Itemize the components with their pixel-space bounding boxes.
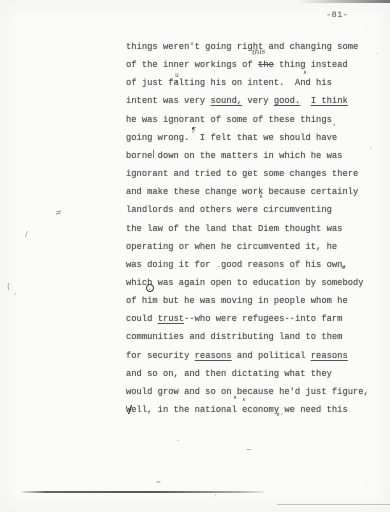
- caret-after-economy: ∧: [276, 413, 280, 419]
- typed-text: ell, in the national economy we need thi…: [131, 405, 347, 415]
- typed-text-u: good.: [274, 96, 300, 106]
- stray-squiggle: ~: [246, 447, 252, 454]
- typed-line: would grow and so on because he'd just f…: [126, 387, 369, 397]
- stray-equals-bottom: =: [156, 480, 161, 486]
- typed-text-block: things weren't going right and changing …: [0, 0, 390, 512]
- caret-after-own: ∧: [341, 266, 345, 272]
- typed-text: of the inner workings of: [126, 60, 258, 70]
- typed-text-u: sound,: [210, 96, 242, 106]
- typed-text: things weren't going right and changing …: [126, 42, 358, 52]
- typed-text: [300, 96, 311, 106]
- typed-text: intent was very: [126, 96, 210, 106]
- typed-text: communities and distributing land to the…: [126, 332, 342, 342]
- margin-paren-dot: ,: [14, 289, 16, 296]
- inserted-word-this: this: [252, 48, 266, 56]
- typed-line: he was ignorant of some of these things: [126, 115, 332, 125]
- comma-after-economy: ,: [281, 410, 283, 416]
- bottom-scanline-left: [22, 491, 264, 493]
- typed-text: and political: [232, 351, 311, 361]
- typed-text: he was ignorant of some of these things: [126, 115, 332, 125]
- typed-line: landlords and others were circumventing: [126, 205, 332, 215]
- typed-text: landlords and others were circumventing: [126, 205, 332, 215]
- pilcrow-before-i-felt: ¶: [191, 127, 196, 134]
- typed-line: borne down on the matters in which he wa…: [126, 151, 342, 161]
- typed-line: and so on, and then dictating what they: [126, 369, 332, 379]
- typed-text-u: reasons: [311, 351, 348, 361]
- typed-text: ignorant and tried to get some changes t…: [126, 169, 358, 179]
- typed-line: the law of the land that Diem thought wa…: [126, 224, 342, 234]
- typed-text: would grow and so on because he'd just f…: [126, 387, 369, 397]
- typed-line: of the inner workings of the thing inste…: [126, 60, 348, 70]
- margin-paren: (: [7, 283, 10, 291]
- typed-text-strike: the: [258, 60, 274, 70]
- caret-after-work: ∧: [259, 195, 263, 201]
- bottom-scanline-right: [277, 504, 390, 505]
- typed-line: Well, in the national economy we need th…: [126, 405, 348, 415]
- typed-line: intent was very sound, very good. I thin…: [126, 96, 348, 106]
- typed-text: borne down on the matters in which he wa…: [126, 151, 342, 161]
- divider-borne-down: |: [152, 150, 155, 158]
- typed-text: was doing it for good reasons of his own…: [126, 260, 348, 270]
- typed-text: could: [126, 314, 158, 324]
- typed-line: of just falting his on intent. And his: [126, 78, 332, 88]
- circled-comma-after-him: ,: [146, 284, 154, 292]
- typed-text: operating or when he circumvented it, he: [126, 242, 337, 252]
- typed-text-u: reasons: [195, 351, 232, 361]
- caret-under-falting: ∧: [175, 80, 179, 85]
- typed-text-u: trust: [158, 314, 184, 324]
- typed-text-u: I think: [311, 96, 348, 106]
- caret-after-thing: ∧: [303, 71, 307, 77]
- top-edge-shadow: [298, 0, 390, 3]
- caret-on-because: ∧: [233, 396, 237, 402]
- typed-text: which was again open to education by som…: [126, 278, 364, 288]
- typed-text: for security: [126, 351, 195, 361]
- typed-line: operating or when he circumvented it, he: [126, 242, 337, 252]
- typed-text: and make these change work because certa…: [126, 187, 358, 197]
- typed-text: of him but he was moving in people whom …: [126, 296, 348, 306]
- dash-before-good: _: [217, 261, 220, 267]
- typed-line: and make these change work because certa…: [126, 187, 358, 197]
- typed-text: and so on, and then dictating what they: [126, 369, 332, 379]
- typed-text: of just falting his on intent. And his: [126, 78, 332, 88]
- stray-dots-right: ··: [376, 52, 379, 57]
- comma-after-things: ,: [333, 120, 335, 127]
- typed-line: was doing it for good reasons of his own…: [126, 260, 348, 270]
- typed-line: things weren't going right and changing …: [126, 42, 358, 52]
- typed-text: the law of the land that Diem thought wa…: [126, 224, 342, 234]
- document-page: -81- things weren't going right and chan…: [0, 0, 390, 512]
- typed-line: which was again open to education by som…: [126, 278, 364, 288]
- typed-text-slash: W: [126, 405, 131, 415]
- typed-line: could trust--who were refugees--into far…: [126, 314, 342, 324]
- typed-line: going wrong. I felt that we should have: [126, 133, 337, 143]
- caret-above-economy: ∧: [242, 398, 246, 403]
- stray-tick-bottom: ': [215, 495, 217, 501]
- typed-text: --who were refugees--into farm: [184, 314, 342, 324]
- typed-line: for security reasons and political reaso…: [126, 351, 348, 361]
- typed-line: ignorant and tried to get some changes t…: [126, 169, 358, 179]
- stray-dash-mid: –: [177, 439, 180, 444]
- margin-tick-slash: /: [25, 231, 28, 239]
- typed-line: communities and distributing land to the…: [126, 332, 342, 342]
- typed-text: thing instead: [274, 60, 348, 70]
- comma-after-operating: ,: [171, 246, 173, 253]
- stray-tick-right: ': [370, 148, 372, 154]
- typed-text: very: [242, 96, 274, 106]
- typed-line: of him but he was moving in people whom …: [126, 296, 348, 306]
- stray-dot-mid: ·: [263, 459, 265, 465]
- margin-mark-notequal: ≠: [55, 209, 62, 217]
- typed-text: going wrong. I felt that we should have: [126, 133, 337, 143]
